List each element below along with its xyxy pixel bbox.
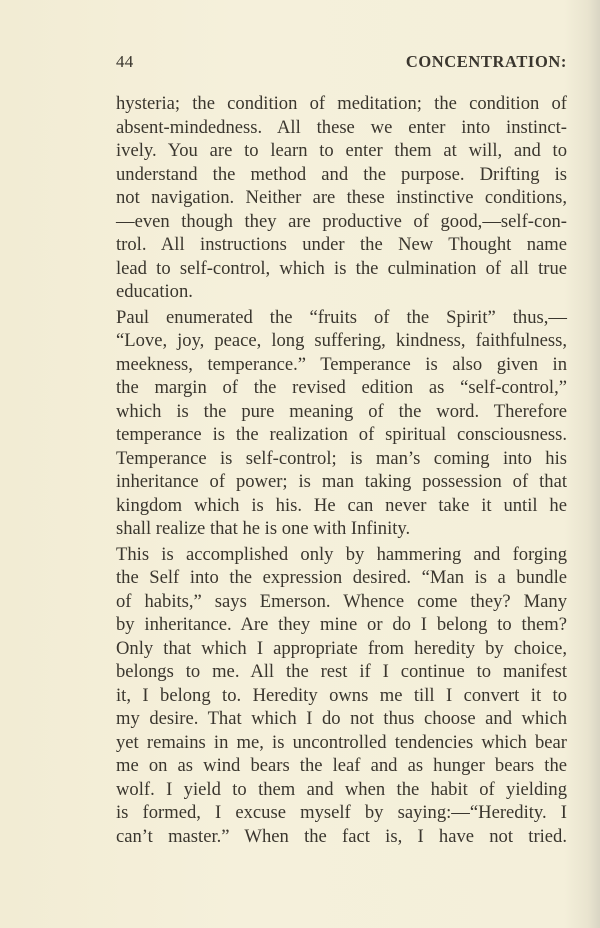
text-line: shall realize that he is one with Infini… [116, 517, 567, 541]
page-number: 44 [116, 52, 134, 72]
text-line: Only that which I appropriate from hered… [116, 637, 567, 661]
text-line: wolf. I yield to them and when the habit… [116, 778, 567, 802]
text-line: inheritance of power; is man taking poss… [116, 470, 567, 494]
text-line: is formed, I excuse myself by saying:—“H… [116, 801, 567, 825]
text-line: understand the method and the purpose. D… [116, 163, 567, 187]
text-line: belongs to me. All the rest if I continu… [116, 660, 567, 684]
text-line: trol. All instructions under the New Tho… [116, 233, 567, 257]
text-line: by inheritance. Are they mine or do I be… [116, 613, 567, 637]
text-line: which is the pure meaning of the word. T… [116, 400, 567, 424]
paragraph-2: Paul enumerated the “fruits of the Spiri… [116, 306, 567, 541]
text-line: ively. You are to learn to enter them at… [116, 139, 567, 163]
running-title: CONCENTRATION: [406, 52, 567, 72]
text-line: me on as wind bears the leaf and as hung… [116, 754, 567, 778]
paragraph-3: This is accomplished only by hammering a… [116, 543, 567, 849]
paragraph-1: hysteria; the condition of meditation; t… [116, 92, 567, 304]
text-line: kingdom which is his. He can never take … [116, 494, 567, 518]
text-line: can’t master.” When the fact is, I have … [116, 825, 567, 849]
text-line: yet remains in me, is uncontrolled tende… [116, 731, 567, 755]
text-line: absent-mindedness. All these we enter in… [116, 116, 567, 140]
text-line: education. [116, 280, 567, 304]
text-line: not navigation. Neither are these instin… [116, 186, 567, 210]
text-line: temperance is the realization of spiritu… [116, 423, 567, 447]
text-line: “Love, joy, peace, long suffering, kindn… [116, 329, 567, 353]
text-line: lead to self-control, which is the culmi… [116, 257, 567, 281]
page-header: 44 CONCENTRATION: [116, 52, 567, 74]
text-line: the Self into the expression desired. “M… [116, 566, 567, 590]
text-line: it, I belong to. Heredity owns me till I… [116, 684, 567, 708]
book-page: 44 CONCENTRATION: hysteria; the conditio… [0, 0, 600, 928]
body-text: hysteria; the condition of meditation; t… [116, 92, 567, 848]
text-line: This is accomplished only by hammering a… [116, 543, 567, 567]
text-line: hysteria; the condition of meditation; t… [116, 92, 567, 116]
text-line: meekness, temperance.” Temperance is als… [116, 353, 567, 377]
text-line: the margin of the revised edition as “se… [116, 376, 567, 400]
text-line: Paul enumerated the “fruits of the Spiri… [116, 306, 567, 330]
text-line: —even though they are productive of good… [116, 210, 567, 234]
text-line: Temperance is self-control; is man’s com… [116, 447, 567, 471]
text-line: of habits,” says Emerson. Whence come th… [116, 590, 567, 614]
text-line: my desire. That which I do not thus choo… [116, 707, 567, 731]
